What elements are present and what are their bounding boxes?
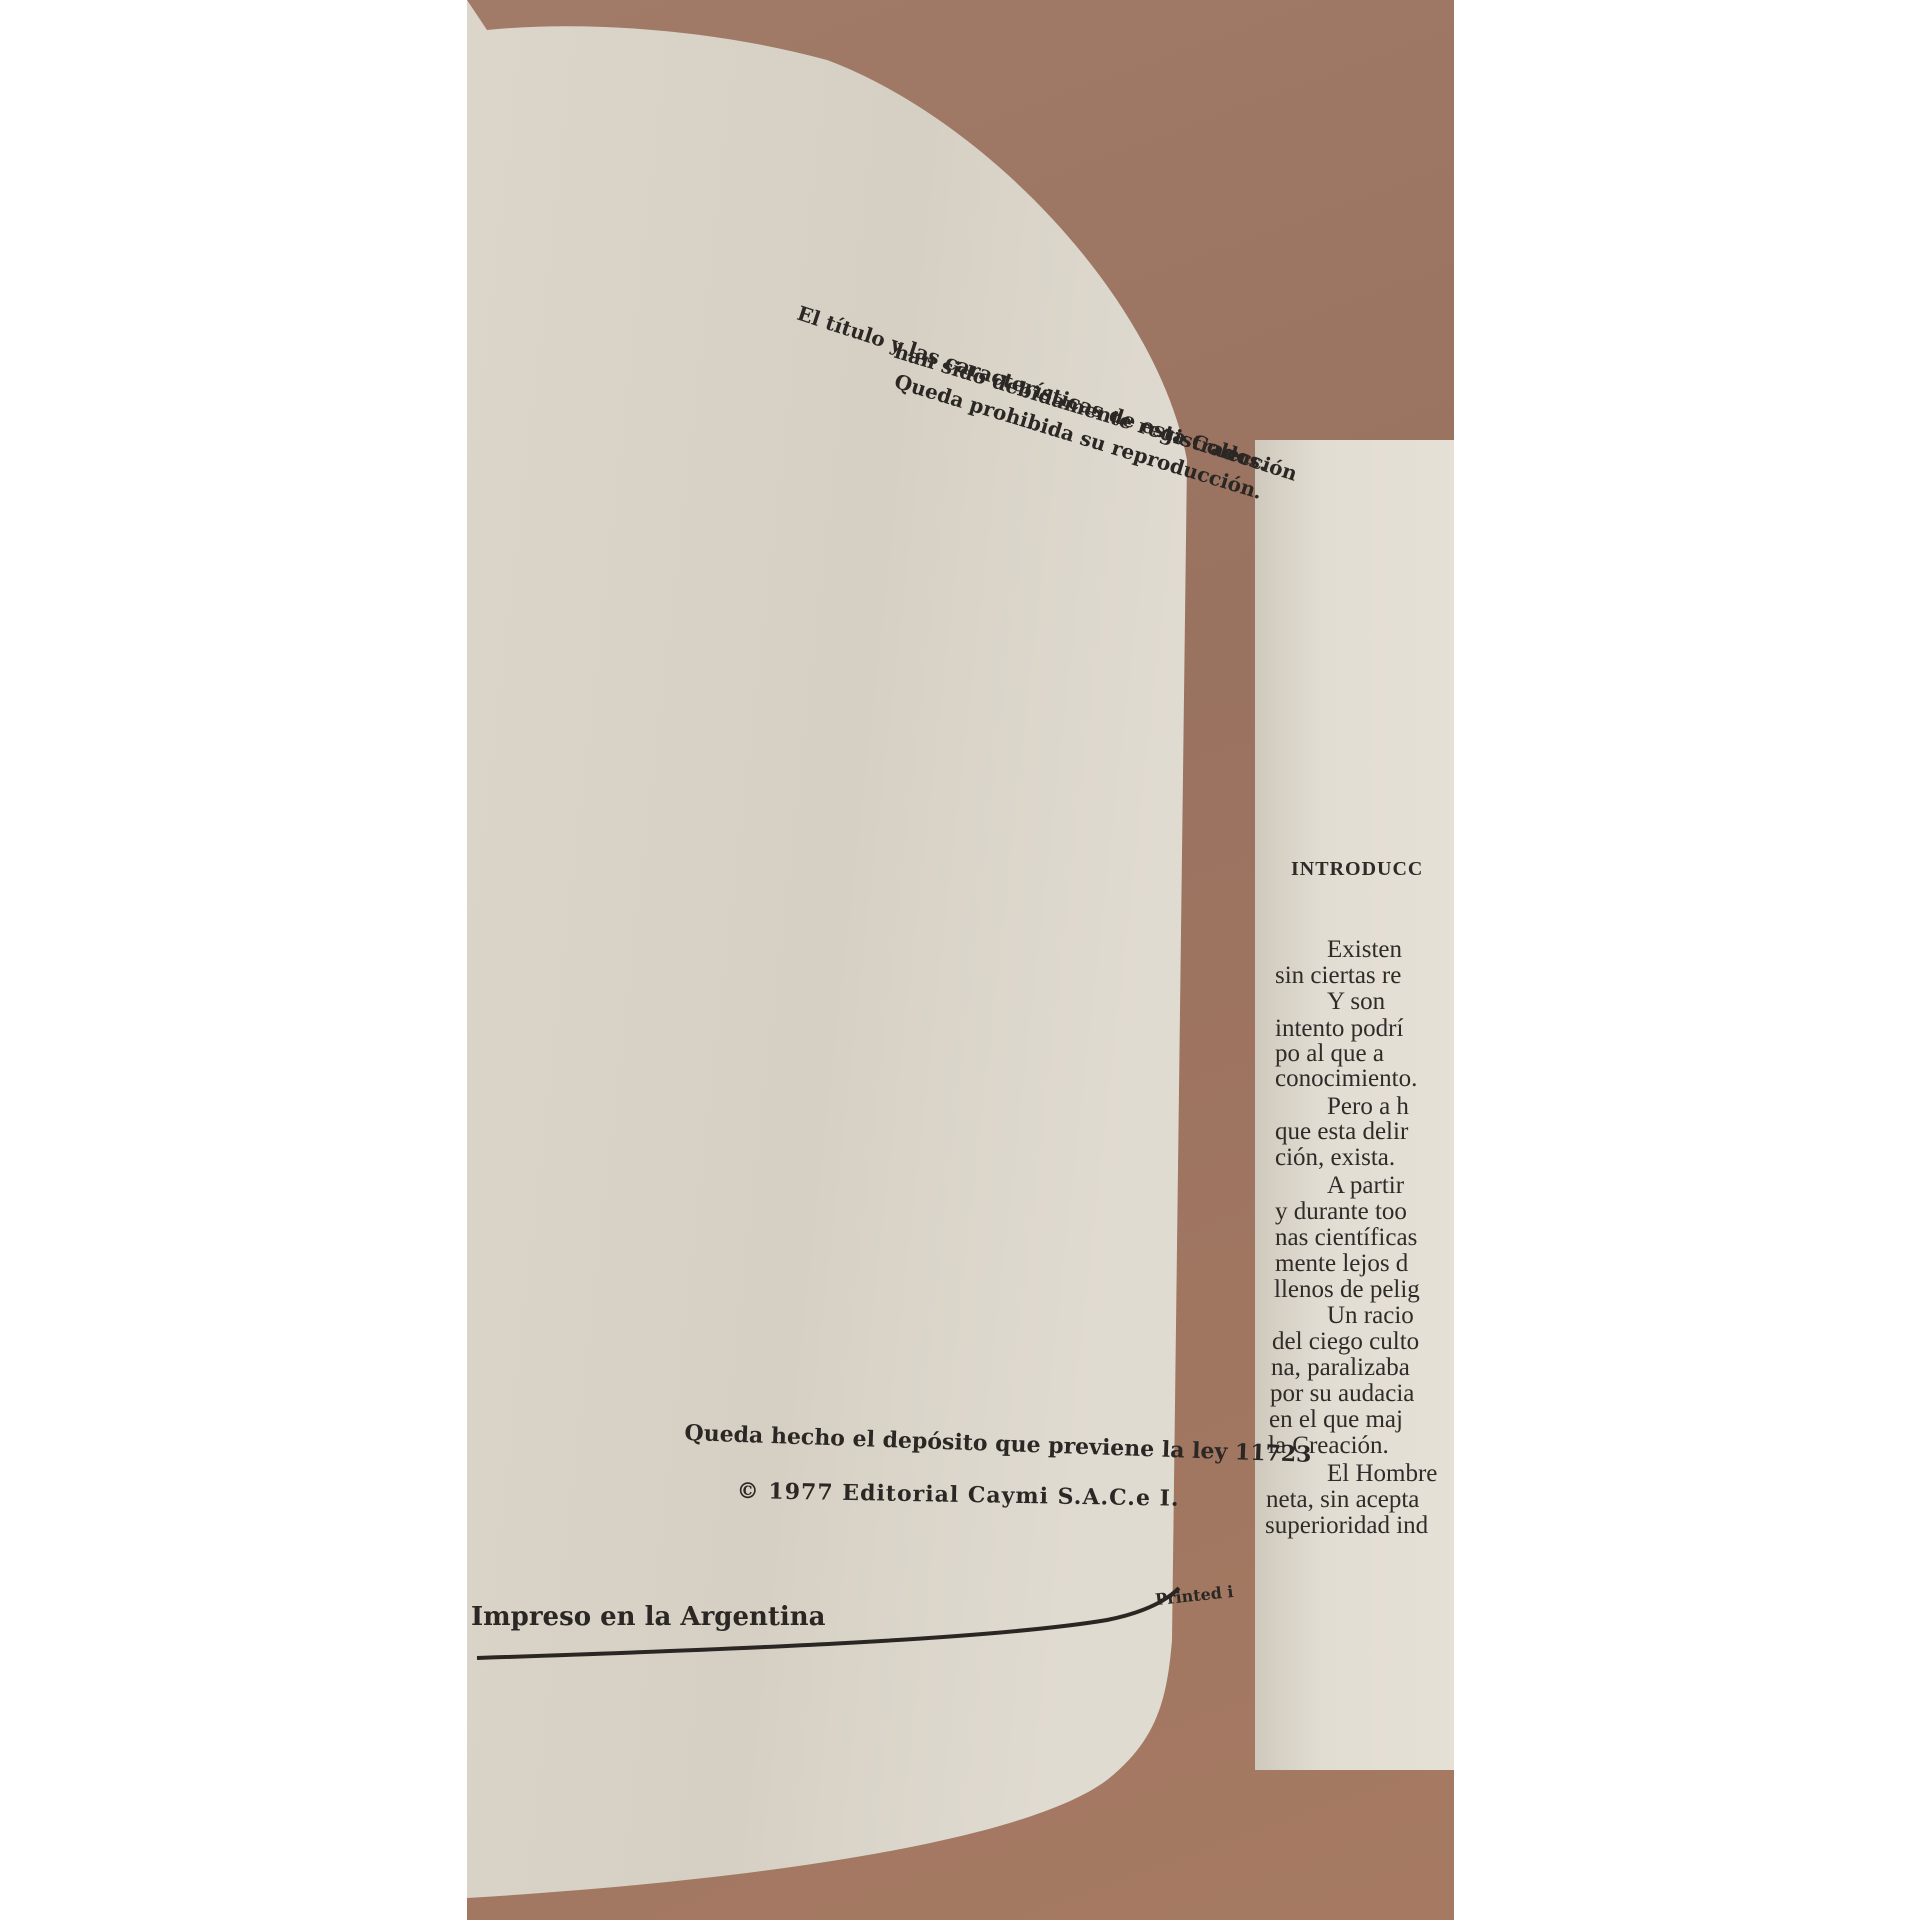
printed-in-spanish: Impreso en la Argentina [471, 1602, 826, 1632]
left-page-shape [467, 0, 1454, 1920]
left-page: El título y las características de esta … [467, 0, 1454, 1920]
book-photo: INTRODUCC Existensin ciertas reY soninte… [467, 0, 1454, 1920]
